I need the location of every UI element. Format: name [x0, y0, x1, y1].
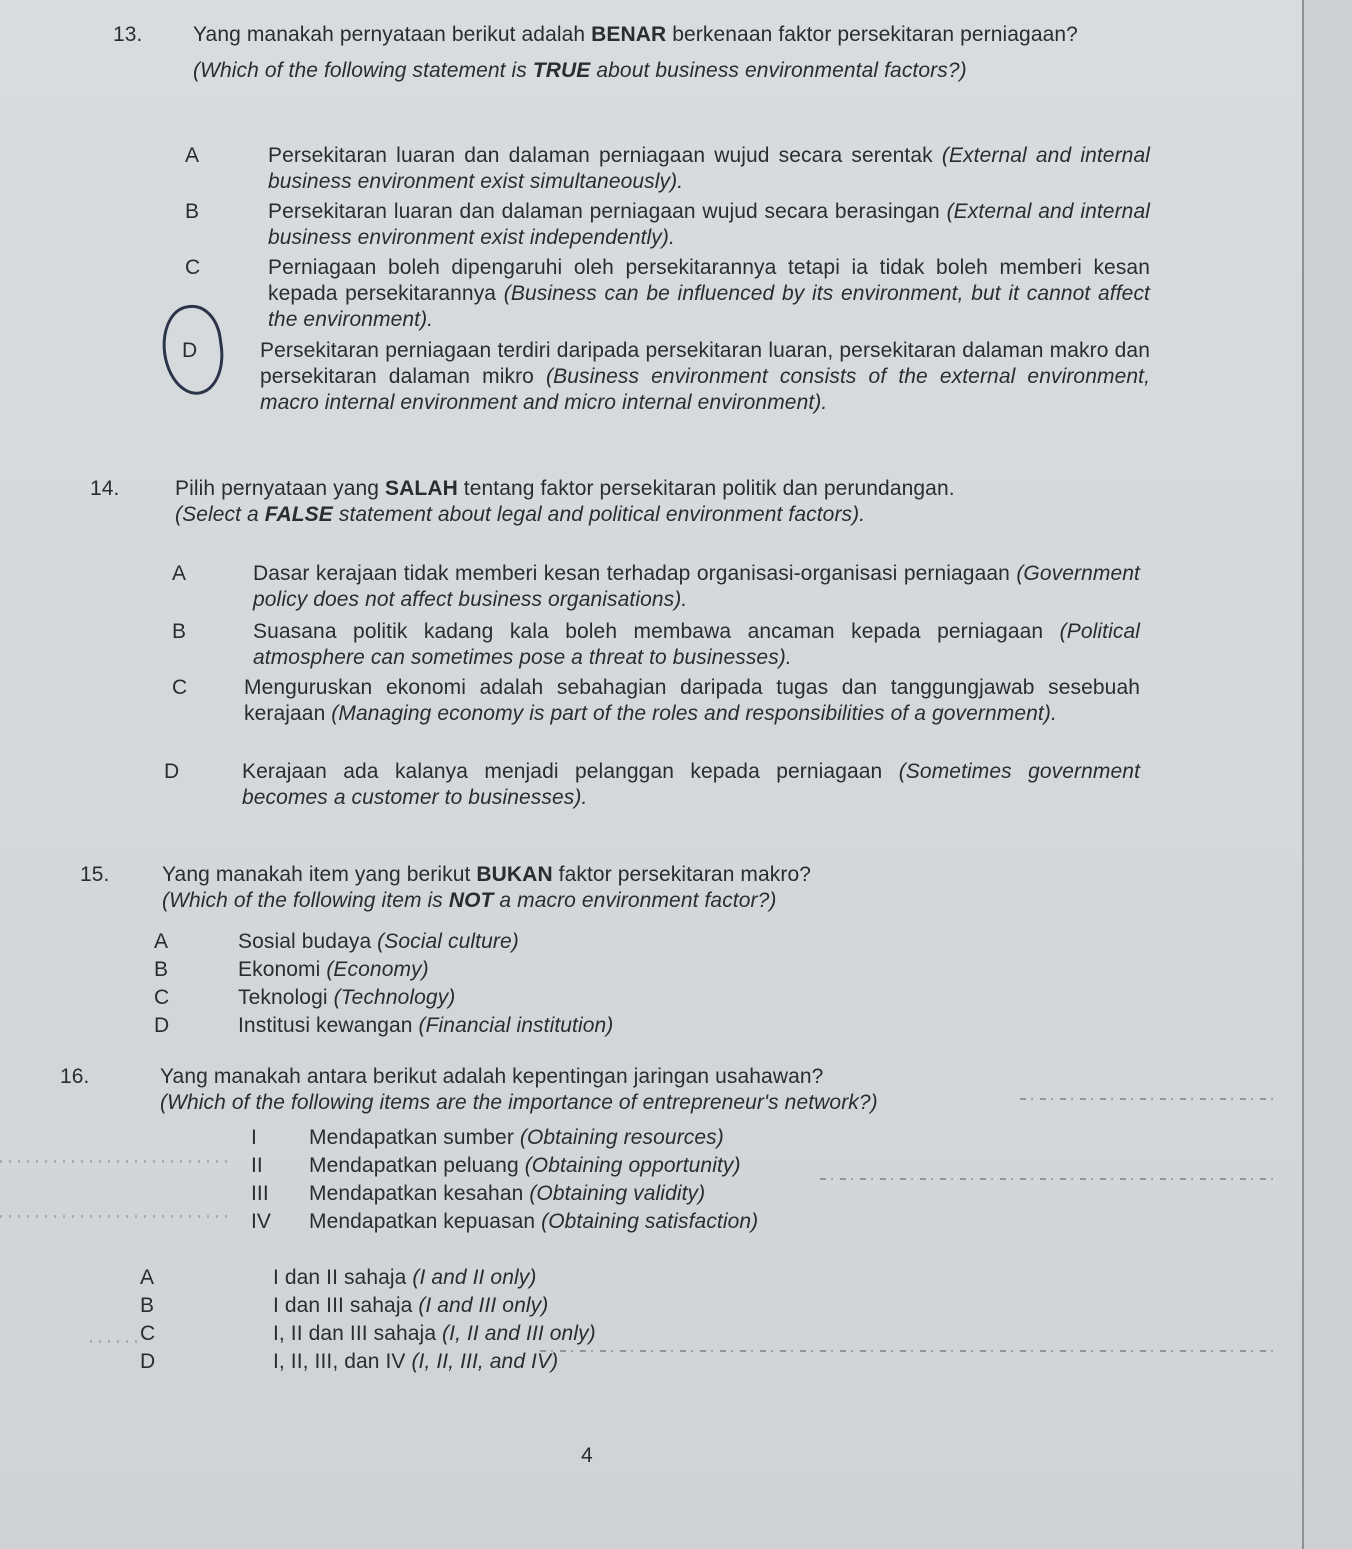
statement-numeral: II — [251, 1153, 263, 1179]
keyword-not: NOT — [449, 889, 494, 912]
print-artifact — [90, 1340, 140, 1343]
option-c[interactable]: C Perniagaan boleh dipengaruhi oleh pers… — [185, 255, 1150, 338]
option-b[interactable]: B Persekitaran luaran dan dalaman pernia… — [185, 199, 1150, 255]
statement-numeral: IV — [251, 1209, 271, 1235]
question-14-options: A Dasar kerajaan tidak memberi kesan ter… — [172, 561, 1140, 815]
option-d[interactable]: D I, II, III, dan IV (I, II, III, and IV… — [140, 1349, 740, 1377]
statement-numeral: I — [251, 1125, 257, 1151]
question-number: 14. — [90, 476, 120, 502]
question-stem-english: (Select a FALSE statement about legal an… — [175, 502, 1150, 528]
keyword-benar: BENAR — [591, 23, 666, 46]
question-stem-english: (Which of the following item is NOT a ma… — [162, 888, 982, 914]
option-letter: D — [164, 759, 179, 785]
question-15-options: A Sosial budaya (Social culture) B Ekono… — [154, 929, 754, 1041]
option-letter: D — [140, 1349, 155, 1375]
option-a[interactable]: A Sosial budaya (Social culture) — [154, 929, 754, 957]
statement-numeral: III — [251, 1181, 269, 1207]
keyword-salah: SALAH — [385, 477, 458, 500]
question-number: 15. — [80, 862, 110, 888]
option-letter: A — [172, 561, 186, 587]
question-number: 16. — [60, 1064, 90, 1090]
option-a[interactable]: A Persekitaran luaran dan dalaman pernia… — [185, 143, 1150, 199]
option-letter: C — [154, 985, 169, 1011]
option-b[interactable]: B I dan III sahaja (I and III only) — [140, 1293, 740, 1321]
question-13-options: A Persekitaran luaran dan dalaman pernia… — [185, 143, 1150, 448]
question-16-options: A I dan II sahaja (I and II only) B I da… — [140, 1265, 740, 1377]
option-letter: A — [154, 929, 168, 955]
option-d[interactable]: D Kerajaan ada kalanya menjadi pelanggan… — [172, 759, 1140, 815]
statement-iii: III Mendapatkan kesahan (Obtaining valid… — [251, 1181, 901, 1209]
option-a[interactable]: A I dan II sahaja (I and II only) — [140, 1265, 740, 1293]
print-artifact — [1020, 1098, 1280, 1100]
option-letter: B — [154, 957, 168, 983]
option-d[interactable]: D Persekitaran perniagaan terdiri daripa… — [185, 338, 1150, 448]
question-stem-malay: Pilih pernyataan yang SALAH tentang fakt… — [175, 476, 1150, 502]
print-artifact — [0, 1215, 230, 1218]
option-c[interactable]: C Teknologi (Technology) — [154, 985, 754, 1013]
option-c[interactable]: C I, II dan III sahaja (I, II and III on… — [140, 1321, 740, 1349]
option-c[interactable]: C Menguruskan ekonomi adalah sebahagian … — [172, 675, 1140, 759]
print-artifact — [540, 1350, 1280, 1352]
background-surface — [1304, 0, 1352, 1549]
keyword-false: FALSE — [265, 503, 333, 526]
question-stem-english: (Which of the following statement is TRU… — [193, 58, 1153, 84]
print-artifact — [0, 1160, 230, 1163]
page-number: 4 — [581, 1444, 593, 1468]
question-16-statements: I Mendapatkan sumber (Obtaining resource… — [251, 1125, 901, 1237]
option-letter: A — [185, 143, 199, 169]
option-letter: B — [185, 199, 199, 225]
option-letter: B — [140, 1293, 154, 1319]
exam-page: 13. Yang manakah pernyataan berikut adal… — [0, 0, 1304, 1549]
keyword-true: TRUE — [533, 59, 591, 82]
option-letter: A — [140, 1265, 154, 1291]
option-letter: C — [140, 1321, 155, 1347]
keyword-bukan: BUKAN — [476, 863, 552, 886]
question-stem-malay: Yang manakah item yang berikut BUKAN fak… — [162, 862, 982, 888]
statement-i: I Mendapatkan sumber (Obtaining resource… — [251, 1125, 901, 1153]
question-stem-english: (Which of the following items are the im… — [160, 1090, 1060, 1116]
statement-ii: II Mendapatkan peluang (Obtaining opport… — [251, 1153, 901, 1181]
option-a[interactable]: A Dasar kerajaan tidak memberi kesan ter… — [172, 561, 1140, 619]
print-artifact — [820, 1178, 1280, 1180]
option-letter: C — [172, 675, 187, 701]
option-b[interactable]: B Suasana politik kadang kala boleh memb… — [172, 619, 1140, 675]
question-stem-malay: Yang manakah pernyataan berikut adalah B… — [193, 22, 1153, 48]
question-stem-malay: Yang manakah antara berikut adalah kepen… — [160, 1064, 1060, 1090]
option-letter: C — [185, 255, 200, 281]
question-number: 13. — [113, 22, 143, 48]
option-letter: B — [172, 619, 186, 645]
statement-iv: IV Mendapatkan kepuasan (Obtaining satis… — [251, 1209, 901, 1237]
option-d[interactable]: D Institusi kewangan (Financial institut… — [154, 1013, 754, 1041]
option-b[interactable]: B Ekonomi (Economy) — [154, 957, 754, 985]
option-letter: D — [154, 1013, 169, 1039]
